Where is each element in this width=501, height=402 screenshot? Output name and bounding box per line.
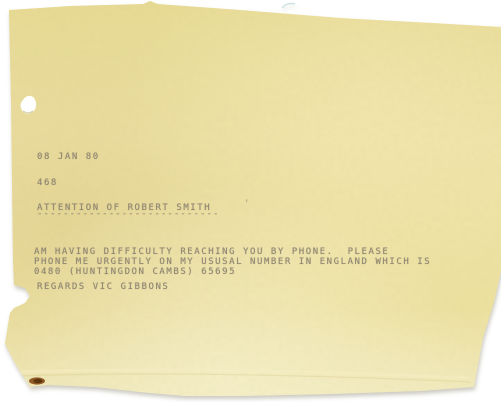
paper-texture (0, 0, 501, 402)
burn-stain-core (34, 379, 43, 383)
faint-ink-mark (282, 4, 295, 9)
telegram-paper (0, 0, 501, 402)
scan-background: 08 JAN 80 468 ATTENTION OF ROBERT SMITH … (0, 0, 501, 402)
